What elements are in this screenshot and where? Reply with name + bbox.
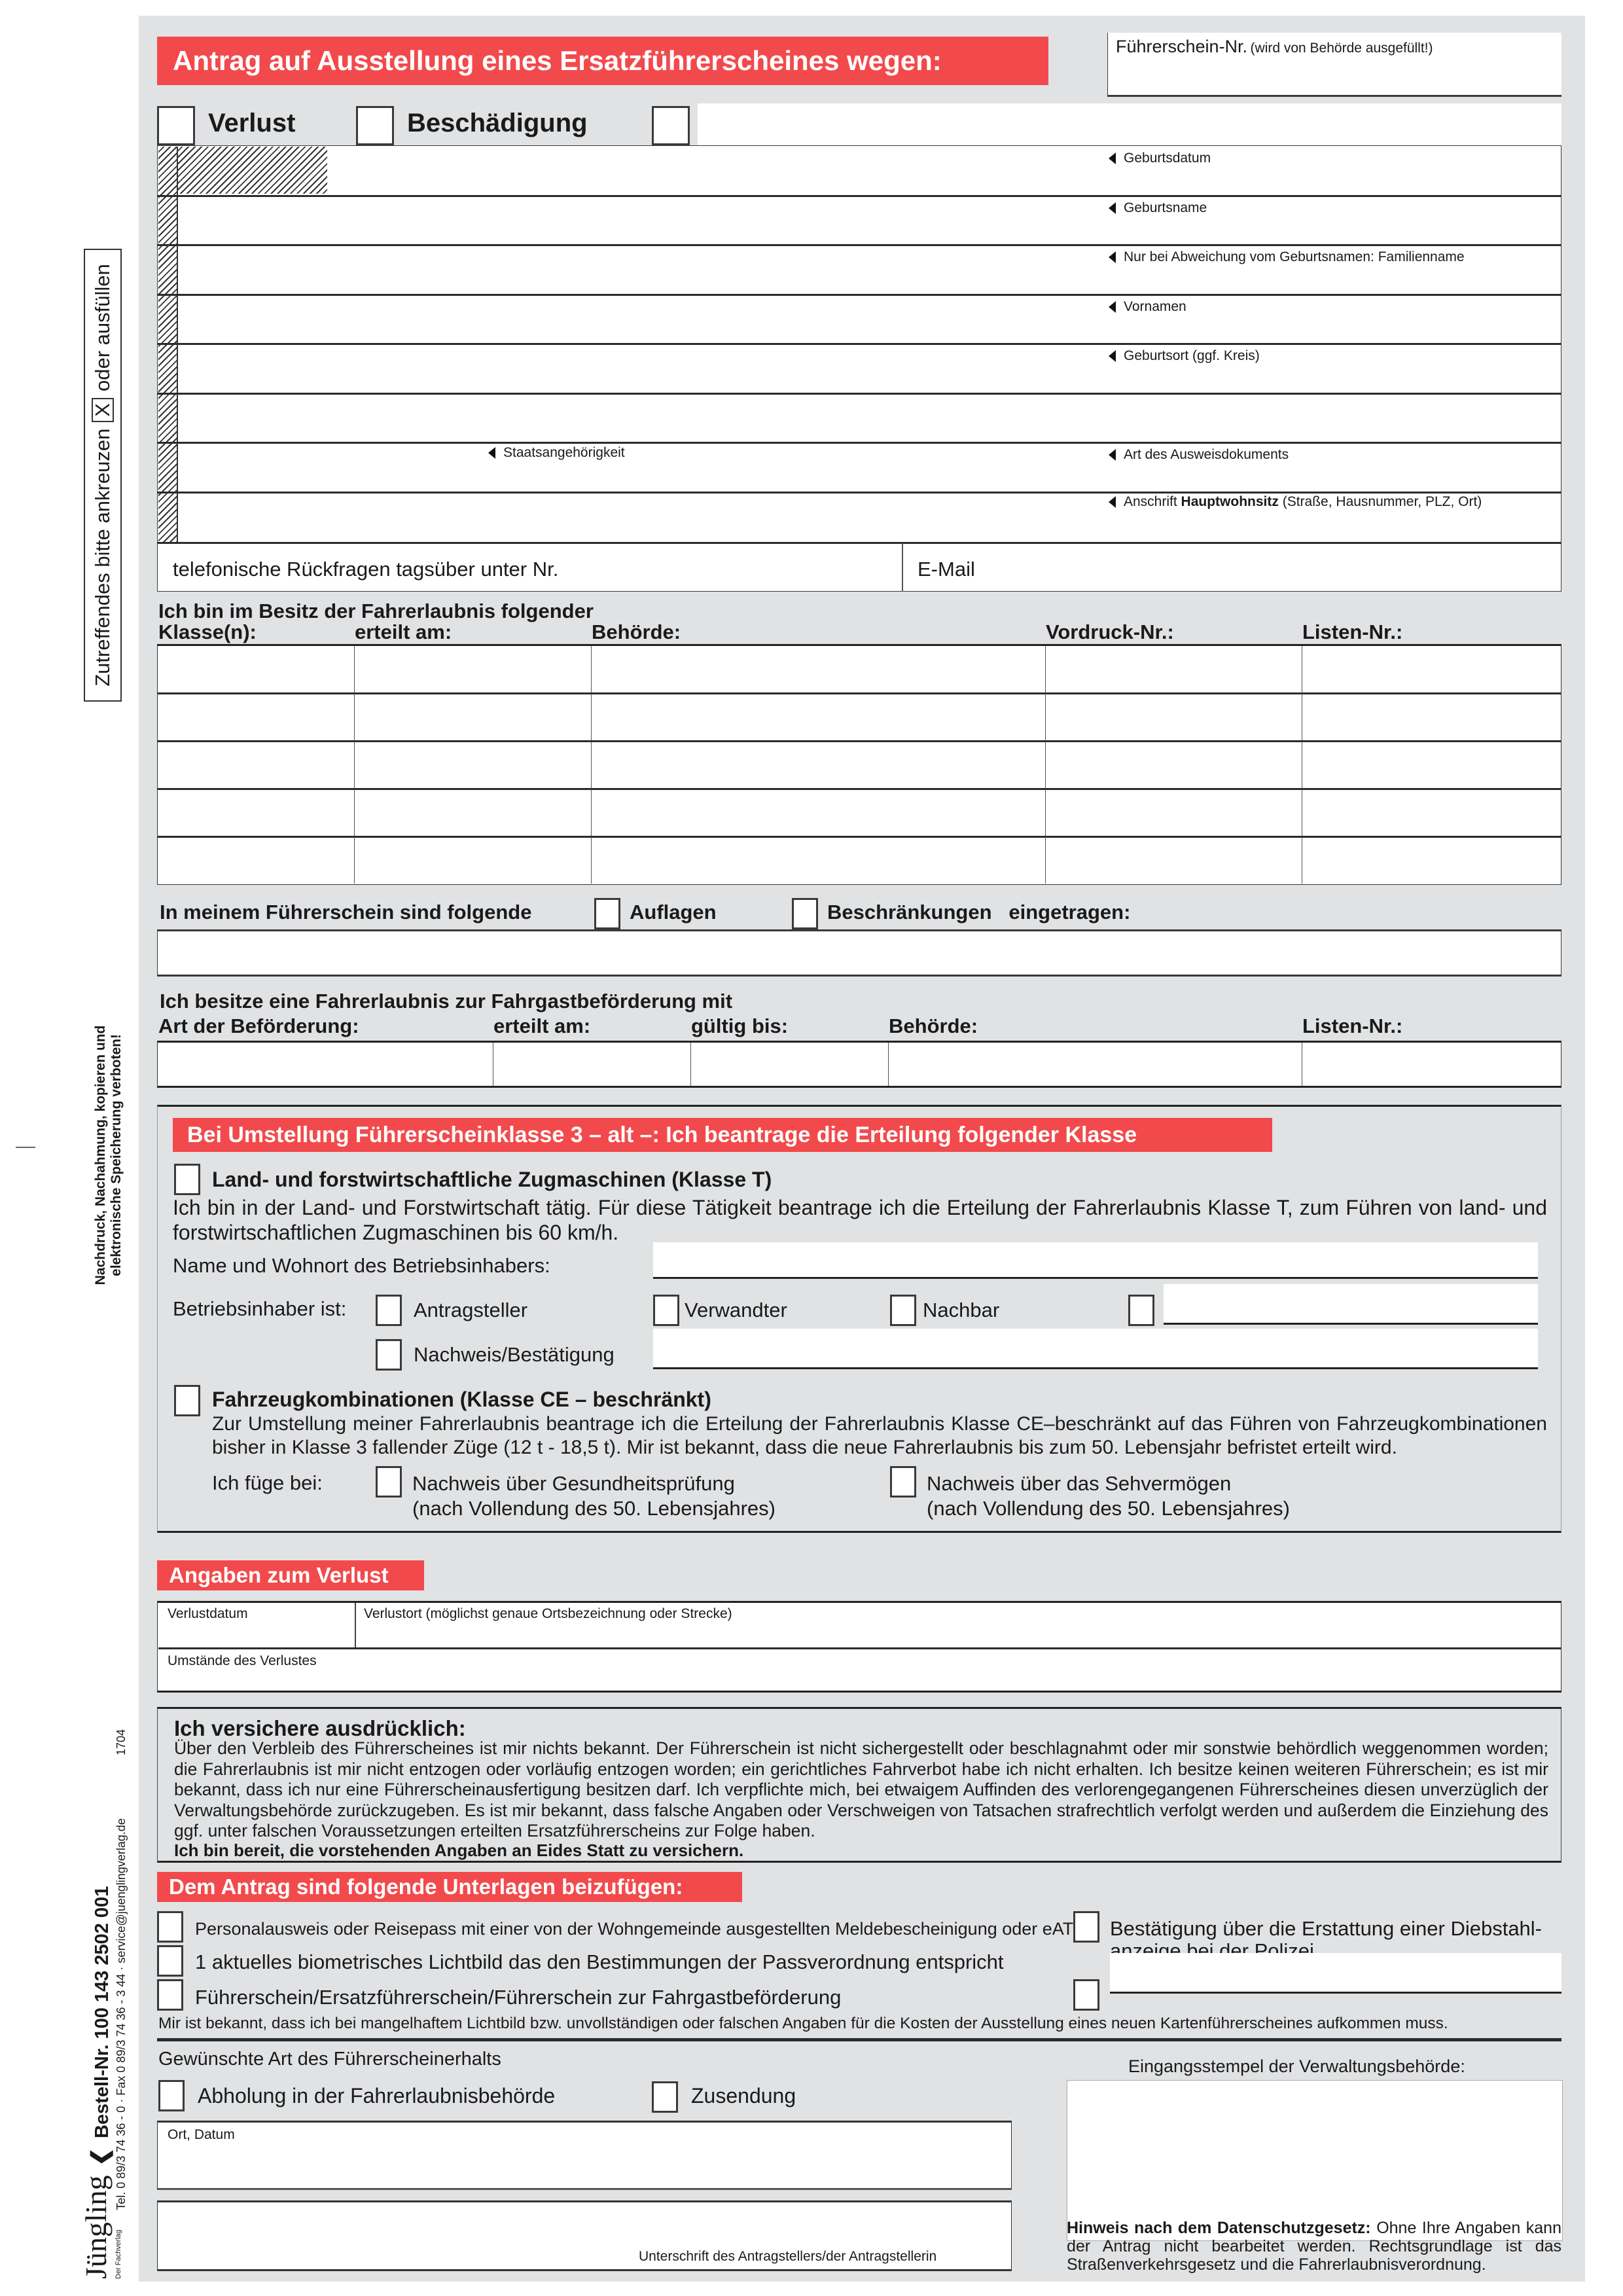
licenses-table: [157, 644, 1561, 885]
passenger-cell[interactable]: [158, 1043, 493, 1086]
loss-date-label: Verlustdatum: [168, 1606, 248, 1622]
vision-proof-label: Nachweis über das Sehvermögen (nach Voll…: [927, 1471, 1290, 1521]
reason-loss-label: Verlust: [208, 109, 295, 138]
passenger-table: [157, 1041, 1561, 1088]
owner-field[interactable]: [653, 1242, 1538, 1279]
other-attachment-checkbox[interactable]: [1073, 1979, 1099, 2011]
passenger-column-header: gültig bis:: [691, 1014, 788, 1038]
field-hint: Nur bei Abweichung vom Geburtsnamen: Fam…: [1109, 249, 1465, 265]
licenses-cell[interactable]: [354, 837, 591, 884]
passenger-cell[interactable]: [690, 1043, 888, 1086]
arrow-left-icon: [1109, 350, 1116, 362]
arrow-left-icon: [1109, 301, 1116, 313]
nationality-hint: Staatsangehörigkeit: [488, 445, 625, 461]
personal-field-0[interactable]: [178, 147, 1560, 195]
stamp-label: Eingangsstempel der Verwaltungsbehörde:: [1128, 2056, 1465, 2077]
licenses-cell[interactable]: [1302, 646, 1562, 692]
licenses-column-header: Behörde:: [592, 620, 681, 644]
passenger-cell[interactable]: [1302, 1043, 1562, 1086]
owner-relative-checkbox[interactable]: [653, 1295, 679, 1326]
place-date-field[interactable]: [157, 2121, 1012, 2190]
email-field[interactable]: [903, 543, 1561, 592]
conversion-title: Bei Umstellung Führerscheinklasse 3 – al…: [173, 1118, 1272, 1152]
form-title: Antrag auf Ausstellung eines Ersatzführe…: [157, 37, 1048, 85]
class-t-text: Ich bin in der Land- und Forstwirtschaft…: [173, 1195, 1547, 1245]
class-ce-title: Fahrzeugkombinationen (Klasse CE – besch…: [212, 1388, 711, 1412]
licenses-cell[interactable]: [158, 646, 354, 692]
vision-proof-checkbox[interactable]: [890, 1466, 916, 1498]
reason-damage-label: Beschädigung: [407, 109, 588, 138]
declaration-title: Ich versichere ausdrücklich:: [174, 1716, 466, 1741]
passenger-intro: Ich besitze eine Fahrerlaubnis zur Fahrg…: [160, 990, 732, 1013]
pickup-checkbox[interactable]: [158, 2080, 185, 2111]
licenses-cell[interactable]: [1302, 694, 1562, 740]
owner-other-checkbox[interactable]: [1128, 1295, 1154, 1326]
licenses-cell[interactable]: [591, 694, 1045, 740]
address-hint: Anschrift Hauptwohnsitz (Straße, Hausnum…: [1109, 494, 1482, 510]
licenses-cell[interactable]: [591, 837, 1045, 884]
licenses-column-header: Vordruck-Nr.:: [1046, 620, 1174, 644]
place-date-label: Ort, Datum: [168, 2127, 235, 2143]
licenses-cell[interactable]: [1045, 694, 1302, 740]
licenses-cell[interactable]: [591, 789, 1045, 836]
license-copy-checkbox[interactable]: [157, 1979, 183, 2011]
attach-label: Ich füge bei:: [212, 1471, 323, 1495]
margin-instruction: Zutreffendes bitte ankreuzen X oder ausf…: [84, 249, 122, 702]
owner-applicant-label: Antragsteller: [414, 1299, 527, 1322]
pickup-label: Abholung in der Fahrerlaubnisbehörde: [198, 2084, 555, 2108]
conditions-label: Auflagen: [630, 901, 717, 924]
licenses-column-header: Listen-Nr.:: [1302, 620, 1402, 644]
field-hint: Geburtsort (ggf. Kreis): [1109, 348, 1260, 364]
arrow-left-icon: [1109, 251, 1116, 263]
arrow-left-icon: [1109, 152, 1116, 164]
x-mark-icon: X: [92, 398, 114, 422]
licenses-intro: Ich bin im Besitz der Fahrerlaubnis folg…: [158, 600, 594, 623]
passenger-column-header: Listen-Nr.:: [1302, 1014, 1402, 1038]
licenses-cell[interactable]: [1045, 742, 1302, 788]
limitations-checkbox[interactable]: [792, 898, 818, 929]
privacy-notice: Hinweis nach dem Datenschutzgesetz: Ohne…: [1067, 2219, 1561, 2274]
loss-circumstances-label: Umstände des Verlustes: [168, 1653, 317, 1669]
id-document-checkbox[interactable]: [157, 1911, 183, 1943]
licenses-cell[interactable]: [158, 742, 354, 788]
personal-field-5[interactable]: [178, 395, 1560, 442]
publisher-logo-mark-icon: ❮: [87, 2147, 113, 2166]
personal-field-3[interactable]: [178, 296, 1560, 344]
licenses-cell[interactable]: [354, 646, 591, 692]
health-proof-checkbox[interactable]: [376, 1466, 402, 1498]
license-number-field[interactable]: Führerschein-Nr. (wird von Behörde ausge…: [1107, 33, 1561, 97]
arrow-left-icon: [488, 447, 495, 459]
arrow-left-icon: [1109, 496, 1116, 508]
proof-field[interactable]: [653, 1329, 1538, 1369]
owner-is-label: Betriebsinhaber ist:: [173, 1297, 346, 1321]
field-hint: Art des Ausweisdokuments: [1109, 447, 1289, 463]
reason-other-checkbox[interactable]: [652, 106, 690, 145]
owner-label: Name und Wohnort des Betriebsinhabers:: [173, 1254, 550, 1278]
owner-neighbor-label: Nachbar: [923, 1299, 999, 1322]
reason-loss-checkbox[interactable]: [157, 106, 195, 145]
class-ce-text: Zur Umstellung meiner Fahrerlaubnis bean…: [212, 1412, 1547, 1460]
proof-label: Nachweis/Bestätigung: [414, 1343, 615, 1367]
signature-label: Unterschrift des Antragstellers/der Antr…: [639, 2249, 936, 2265]
photo-cost-notice: Mir ist bekannt, dass ich bei mangelhaft…: [158, 2015, 1448, 2033]
passenger-column-header: Behörde:: [889, 1014, 978, 1038]
loss-title: Angaben zum Verlust: [157, 1560, 424, 1590]
field-hint: Vornamen: [1109, 299, 1186, 315]
copyright-notice: Nachdruck, Nachahmung, kopieren und elek…: [93, 1011, 124, 1299]
other-attachment-field[interactable]: [1110, 1953, 1561, 1994]
restrictions-field[interactable]: [157, 929, 1561, 977]
licenses-cell[interactable]: [354, 694, 591, 740]
licenses-cell[interactable]: [354, 789, 591, 836]
publisher-logo: Jüngling: [79, 2176, 113, 2279]
passenger-cell[interactable]: [888, 1043, 1302, 1086]
crop-mark: [16, 1147, 35, 1148]
licenses-cell[interactable]: [1045, 789, 1302, 836]
licenses-cell[interactable]: [591, 646, 1045, 692]
licenses-cell[interactable]: [1302, 742, 1562, 788]
licenses-cell[interactable]: [1302, 837, 1562, 884]
id-document-label: Personalausweis oder Reisepass mit einer…: [195, 1919, 1073, 1939]
class-ce-checkbox[interactable]: [174, 1385, 200, 1416]
proof-checkbox[interactable]: [376, 1339, 402, 1371]
licenses-column-header: Klasse(n):: [158, 620, 257, 644]
field-hint: Geburtsname: [1109, 200, 1207, 216]
licenses-column-header: erteilt am:: [355, 620, 452, 644]
restrictions-prefix: In meinem Führerschein sind folgende: [160, 901, 531, 924]
stamp-field: [1067, 2080, 1563, 2241]
passenger-column-header: erteilt am:: [493, 1014, 590, 1038]
limitations-label: Beschränkungen eingetragen:: [827, 901, 1130, 924]
class-t-title: Land- und forstwirtschaftliche Zugmaschi…: [212, 1168, 772, 1192]
owner-relative-label: Verwandter: [685, 1299, 787, 1322]
personal-field-1[interactable]: [178, 197, 1560, 245]
licenses-cell[interactable]: [1045, 837, 1302, 884]
arrow-left-icon: [1109, 202, 1116, 214]
publisher-footer: Jüngling ❮ Bestell-Nr. 100 143 2502 001 …: [79, 1729, 128, 2279]
personal-field-4[interactable]: [178, 345, 1560, 393]
class-t-checkbox[interactable]: [174, 1164, 200, 1195]
owner-neighbor-checkbox[interactable]: [890, 1295, 916, 1326]
conditions-checkbox[interactable]: [594, 898, 620, 929]
attachments-title: Dem Antrag sind folgende Unterlagen beiz…: [157, 1872, 742, 1902]
loss-circumstances-field[interactable]: [158, 1649, 1560, 1690]
arrow-left-icon: [1109, 449, 1116, 461]
photo-checkbox[interactable]: [157, 1945, 183, 1977]
licenses-cell[interactable]: [158, 694, 354, 740]
personal-field-6[interactable]: [178, 444, 1560, 492]
declaration-closing: Ich bin bereit, die vorstehenden Angaben…: [174, 1840, 743, 1861]
licenses-cell[interactable]: [1302, 789, 1562, 836]
licenses-cell[interactable]: [1045, 646, 1302, 692]
field-hint: Geburtsdatum: [1109, 151, 1211, 166]
police-report-checkbox[interactable]: [1073, 1911, 1099, 1943]
reason-damage-checkbox[interactable]: [356, 106, 394, 145]
loss-place-label: Verlustort (möglichst genaue Ortsbezeich…: [364, 1606, 732, 1622]
passenger-cell[interactable]: [493, 1043, 690, 1086]
mail-delivery-checkbox[interactable]: [652, 2081, 678, 2113]
reason-other-field[interactable]: [698, 103, 1561, 145]
mail-delivery-label: Zusendung: [691, 2084, 796, 2108]
licenses-cell[interactable]: [158, 837, 354, 884]
owner-applicant-checkbox[interactable]: [376, 1295, 402, 1326]
licenses-cell[interactable]: [354, 742, 591, 788]
licenses-cell[interactable]: [158, 789, 354, 836]
licenses-cell[interactable]: [591, 742, 1045, 788]
passenger-column-header: Art der Beförderung:: [158, 1014, 359, 1038]
owner-other-field[interactable]: [1164, 1284, 1538, 1325]
health-proof-label: Nachweis über Gesundheitsprüfung (nach V…: [412, 1471, 776, 1521]
delivery-label: Gewünschte Art des Führerscheinerhalts: [158, 2049, 501, 2070]
divider: [157, 2038, 1561, 2041]
license-copy-label: Führerschein/Ersatzführerschein/Führersc…: [195, 1986, 841, 2009]
photo-label: 1 aktuelles biometrisches Lichtbild das …: [195, 1950, 1004, 1974]
declaration-text: Über den Verbleib des Führerscheines ist…: [174, 1738, 1548, 1842]
phone-field[interactable]: [158, 543, 901, 592]
